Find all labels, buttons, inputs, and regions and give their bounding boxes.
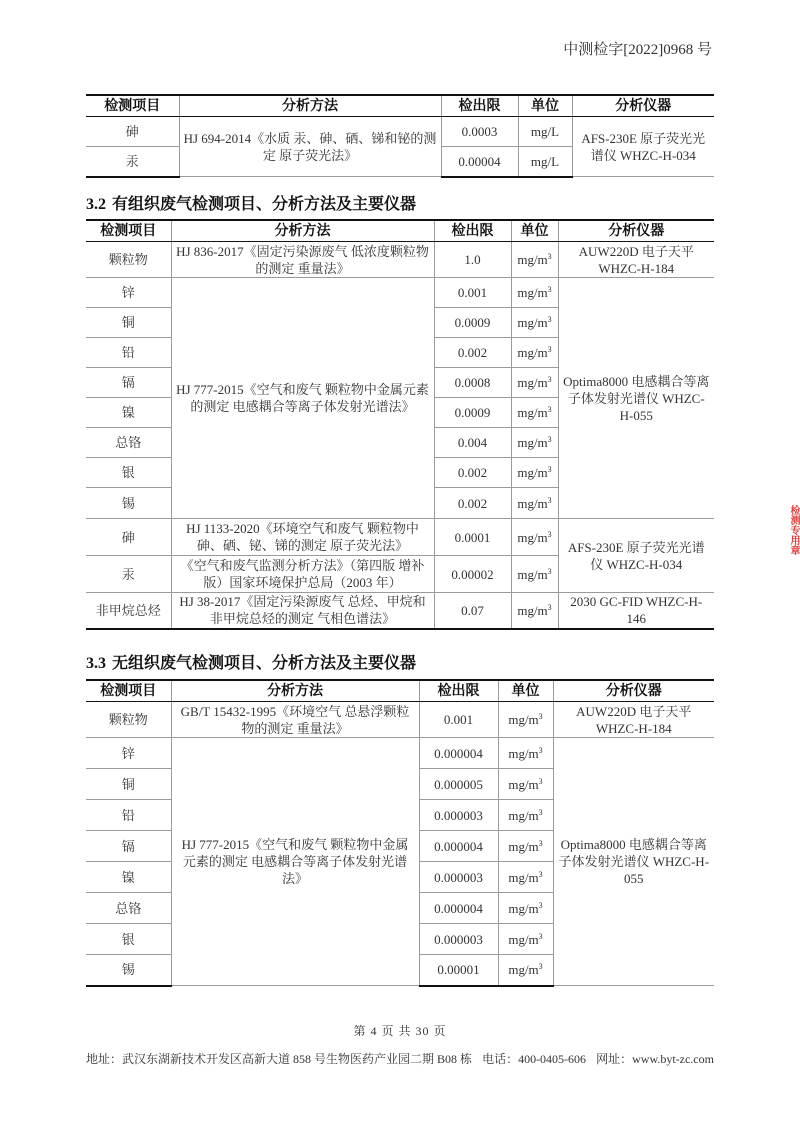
fugitive-exhaust-table: 检测项目 分析方法 检出限 单位 分析仪器 颗粒物 GB/T 15432-199… (86, 679, 714, 987)
section-heading: 有组织废气检测项目、分析方法及主要仪器 (112, 194, 416, 213)
unit-cell: mg/m3 (498, 702, 553, 738)
unit-cell: mg/m3 (511, 278, 558, 308)
item-cell: 镉 (86, 831, 171, 862)
unit-text: mg/m (517, 496, 547, 511)
col-unit: 单位 (511, 220, 558, 242)
organized-exhaust-table: 检测项目 分析方法 检出限 单位 分析仪器 颗粒物 HJ 836-2017《固定… (86, 219, 714, 630)
unit-exponent: 3 (539, 901, 543, 910)
footer-address: 地址：武汉东湖新技术开发区高新大道 858 号生物医药产业园二期 B08 栋 (86, 1050, 472, 1067)
section-title-3-2: 3.2有组织废气检测项目、分析方法及主要仪器 (86, 191, 416, 214)
limit-cell: 0.002 (434, 458, 511, 488)
unit-text: mg/m (508, 808, 538, 823)
unit-cell: mg/m3 (498, 769, 553, 800)
item-cell: 镉 (86, 368, 171, 398)
unit-text: mg/m (517, 315, 547, 330)
limit-cell: 0.0009 (434, 398, 511, 428)
limit-cell: 0.0008 (434, 368, 511, 398)
section-number: 3.3 (86, 655, 106, 672)
item-cell: 锡 (86, 488, 171, 519)
table-header-row: 检测项目 分析方法 检出限 单位 分析仪器 (86, 95, 714, 117)
table-row: 锌 HJ 777-2015《空气和废气 颗粒物中金属元素的测定 电感耦合等离子体… (86, 278, 714, 308)
limit-cell: 0.000004 (419, 831, 498, 862)
item-cell: 砷 (86, 117, 179, 147)
method-cell: HJ 694-2014《水质 汞、砷、硒、锑和铋的测定 原子荧光法》 (179, 117, 441, 177)
limit-cell: 0.0001 (434, 519, 511, 556)
unit-text: mg/m (508, 901, 538, 916)
limit-cell: 0.000003 (419, 800, 498, 831)
unit-cell: mg/m3 (511, 593, 558, 629)
item-cell: 铜 (86, 769, 171, 800)
item-cell: 铜 (86, 308, 171, 338)
unit-cell: mg/m3 (498, 893, 553, 924)
unit-text: mg/m (517, 530, 547, 545)
limit-cell: 0.00001 (419, 955, 498, 986)
unit-cell: mg/m3 (511, 556, 558, 593)
unit-cell: mg/m3 (511, 428, 558, 458)
unit-exponent: 3 (548, 315, 552, 324)
unit-cell: mg/m3 (511, 368, 558, 398)
unit-cell: mg/m3 (511, 519, 558, 556)
unit-exponent: 3 (548, 496, 552, 505)
method-cell: HJ 1133-2020《环境空气和废气 颗粒物中砷、硒、铋、锑的测定 原子荧光… (171, 519, 434, 556)
limit-cell: 0.000005 (419, 769, 498, 800)
method-cell: 《空气和废气监测分析方法》（第四版 增补版）国家环境保护总局（2003 年） (171, 556, 434, 593)
unit-exponent: 3 (548, 567, 552, 576)
unit-exponent: 3 (548, 405, 552, 414)
col-limit: 检出限 (419, 680, 498, 702)
col-method: 分析方法 (179, 95, 441, 117)
limit-cell: 0.000004 (419, 738, 498, 769)
method-cell: HJ 836-2017《固定污染源废气 低浓度颗粒物的测定 重量法》 (171, 242, 434, 278)
col-item: 检测项目 (86, 95, 179, 117)
table-row: 砷 HJ 1133-2020《环境空气和废气 颗粒物中砷、硒、铋、锑的测定 原子… (86, 519, 714, 556)
unit-exponent: 3 (548, 435, 552, 444)
limit-cell: 0.07 (434, 593, 511, 629)
unit-exponent: 3 (548, 252, 552, 261)
limit-cell: 0.0003 (441, 117, 518, 147)
unit-cell: mg/m3 (498, 955, 553, 986)
unit-exponent: 3 (548, 603, 552, 612)
col-unit: 单位 (498, 680, 553, 702)
instrument-cell: AUW220D 电子天平 WHZC-H-184 (558, 242, 714, 278)
unit-cell: mg/m3 (498, 862, 553, 893)
unit-exponent: 3 (548, 465, 552, 474)
instrument-cell: AUW220D 电子天平 WHZC-H-184 (553, 702, 714, 738)
report-number: 中测检字[2022]0968 号 (563, 38, 712, 59)
item-cell: 颗粒物 (86, 242, 171, 278)
col-instrument: 分析仪器 (553, 680, 714, 702)
table-row: 砷 HJ 694-2014《水质 汞、砷、硒、锑和铋的测定 原子荧光法》 0.0… (86, 117, 714, 147)
col-method: 分析方法 (171, 680, 419, 702)
unit-exponent: 3 (539, 777, 543, 786)
col-instrument: 分析仪器 (572, 95, 714, 117)
unit-exponent: 3 (539, 962, 543, 971)
unit-text: mg/m (517, 465, 547, 480)
item-cell: 颗粒物 (86, 702, 171, 738)
method-cell: HJ 38-2017《固定污染源废气 总烃、甲烷和非甲烷总烃的测定 气相色谱法》 (171, 593, 434, 629)
unit-text: mg/m (508, 839, 538, 854)
col-method: 分析方法 (171, 220, 434, 242)
item-cell: 汞 (86, 556, 171, 593)
unit-cell: mg/m3 (498, 800, 553, 831)
page-number: 第 4 页 共 30 页 (0, 1022, 800, 1039)
limit-cell: 0.000003 (419, 924, 498, 955)
section-heading: 无组织废气检测项目、分析方法及主要仪器 (112, 653, 416, 672)
unit-text: mg/m (508, 962, 538, 977)
instrument-cell: AFS-230E 原子荧光光谱仪 WHZC-H-034 (572, 117, 714, 177)
limit-cell: 1.0 (434, 242, 511, 278)
unit-text: mg/m (517, 285, 547, 300)
unit-text: mg/m (508, 932, 538, 947)
unit-cell: mg/m3 (511, 308, 558, 338)
item-cell: 锌 (86, 738, 171, 769)
unit-cell: mg/m3 (511, 338, 558, 368)
item-cell: 铅 (86, 800, 171, 831)
instrument-cell: 2030 GC-FID WHZC-H-146 (558, 593, 714, 629)
unit-cell: mg/m3 (511, 242, 558, 278)
section-title-3-3: 3.3无组织废气检测项目、分析方法及主要仪器 (86, 650, 416, 673)
table-row: 非甲烷总烃 HJ 38-2017《固定污染源废气 总烃、甲烷和非甲烷总烃的测定 … (86, 593, 714, 629)
unit-text: mg/m (517, 435, 547, 450)
table-row: 颗粒物 GB/T 15432-1995《环境空气 总悬浮颗粒物的测定 重量法》 … (86, 702, 714, 738)
item-cell: 砷 (86, 519, 171, 556)
limit-cell: 0.00002 (434, 556, 511, 593)
instrument-cell: Optima8000 电感耦合等离子体发射光谱仪 WHZC-H-055 (558, 278, 714, 519)
item-cell: 非甲烷总烃 (86, 593, 171, 629)
section-number: 3.2 (86, 196, 106, 213)
table-header-row: 检测项目 分析方法 检出限 单位 分析仪器 (86, 680, 714, 702)
limit-cell: 0.002 (434, 338, 511, 368)
unit-exponent: 3 (539, 808, 543, 817)
unit-text: mg/m (517, 375, 547, 390)
limit-cell: 0.001 (419, 702, 498, 738)
unit-text: mg/m (517, 567, 547, 582)
unit-cell: mg/m3 (511, 398, 558, 428)
item-cell: 锌 (86, 278, 171, 308)
unit-cell: mg/m3 (498, 738, 553, 769)
unit-cell: mg/m3 (511, 458, 558, 488)
instrument-cell: AFS-230E 原子荧光光谱仪 WHZC-H-034 (558, 519, 714, 593)
unit-text: mg/m (517, 603, 547, 618)
item-cell: 银 (86, 924, 171, 955)
table-row: 颗粒物 HJ 836-2017《固定污染源废气 低浓度颗粒物的测定 重量法》 1… (86, 242, 714, 278)
table-row: 锌 HJ 777-2015《空气和废气 颗粒物中金属元素的测定 电感耦合等离子体… (86, 738, 714, 769)
footer-contact: 地址：武汉东湖新技术开发区高新大道 858 号生物医药产业园二期 B08 栋 电… (86, 1050, 714, 1067)
col-item: 检测项目 (86, 220, 171, 242)
unit-cell: mg/m3 (498, 924, 553, 955)
footer-website[interactable]: 网址：www.byt-zc.com (596, 1050, 714, 1067)
col-item: 检测项目 (86, 680, 171, 702)
unit-text: mg/m (508, 712, 538, 727)
limit-cell: 0.0009 (434, 308, 511, 338)
unit-exponent: 3 (548, 285, 552, 294)
limit-cell: 0.00004 (441, 147, 518, 177)
item-cell: 镍 (86, 862, 171, 893)
unit-cell: mg/L (518, 117, 572, 147)
unit-exponent: 3 (548, 375, 552, 384)
unit-exponent: 3 (539, 712, 543, 721)
instrument-cell: Optima8000 电感耦合等离子体发射光谱仪 WHZC-H-055 (553, 738, 714, 986)
unit-exponent: 3 (539, 932, 543, 941)
item-cell: 总铬 (86, 893, 171, 924)
limit-cell: 0.000004 (419, 893, 498, 924)
table-header-row: 检测项目 分析方法 检出限 单位 分析仪器 (86, 220, 714, 242)
unit-exponent: 3 (548, 530, 552, 539)
item-cell: 镍 (86, 398, 171, 428)
item-cell: 铅 (86, 338, 171, 368)
col-limit: 检出限 (441, 95, 518, 117)
limit-cell: 0.000003 (419, 862, 498, 893)
unit-exponent: 3 (539, 839, 543, 848)
col-unit: 单位 (518, 95, 572, 117)
limit-cell: 0.002 (434, 488, 511, 519)
unit-text: mg/m (517, 405, 547, 420)
limit-cell: 0.001 (434, 278, 511, 308)
footer-phone: 电话：400-0405-606 (482, 1050, 586, 1067)
water-method-table: 检测项目 分析方法 检出限 单位 分析仪器 砷 HJ 694-2014《水质 汞… (86, 94, 714, 178)
item-cell: 锡 (86, 955, 171, 986)
method-cell: HJ 777-2015《空气和废气 颗粒物中金属元素的测定 电感耦合等离子体发射… (171, 278, 434, 519)
method-cell: GB/T 15432-1995《环境空气 总悬浮颗粒物的测定 重量法》 (171, 702, 419, 738)
limit-cell: 0.004 (434, 428, 511, 458)
unit-text: mg/m (517, 345, 547, 360)
col-instrument: 分析仪器 (558, 220, 714, 242)
unit-cell: mg/m3 (498, 831, 553, 862)
item-cell: 银 (86, 458, 171, 488)
unit-text: mg/m (508, 746, 538, 761)
unit-cell: mg/L (518, 147, 572, 177)
item-cell: 汞 (86, 147, 179, 177)
unit-cell: mg/m3 (511, 488, 558, 519)
unit-exponent: 3 (539, 746, 543, 755)
unit-text: mg/m (508, 777, 538, 792)
red-seal-stamp: 检测专用章 (786, 505, 800, 605)
unit-text: mg/m (517, 252, 547, 267)
unit-exponent: 3 (539, 870, 543, 879)
unit-text: mg/m (508, 870, 538, 885)
item-cell: 总铬 (86, 428, 171, 458)
method-cell: HJ 777-2015《空气和废气 颗粒物中金属元素的测定 电感耦合等离子体发射… (171, 738, 419, 986)
col-limit: 检出限 (434, 220, 511, 242)
unit-exponent: 3 (548, 345, 552, 354)
